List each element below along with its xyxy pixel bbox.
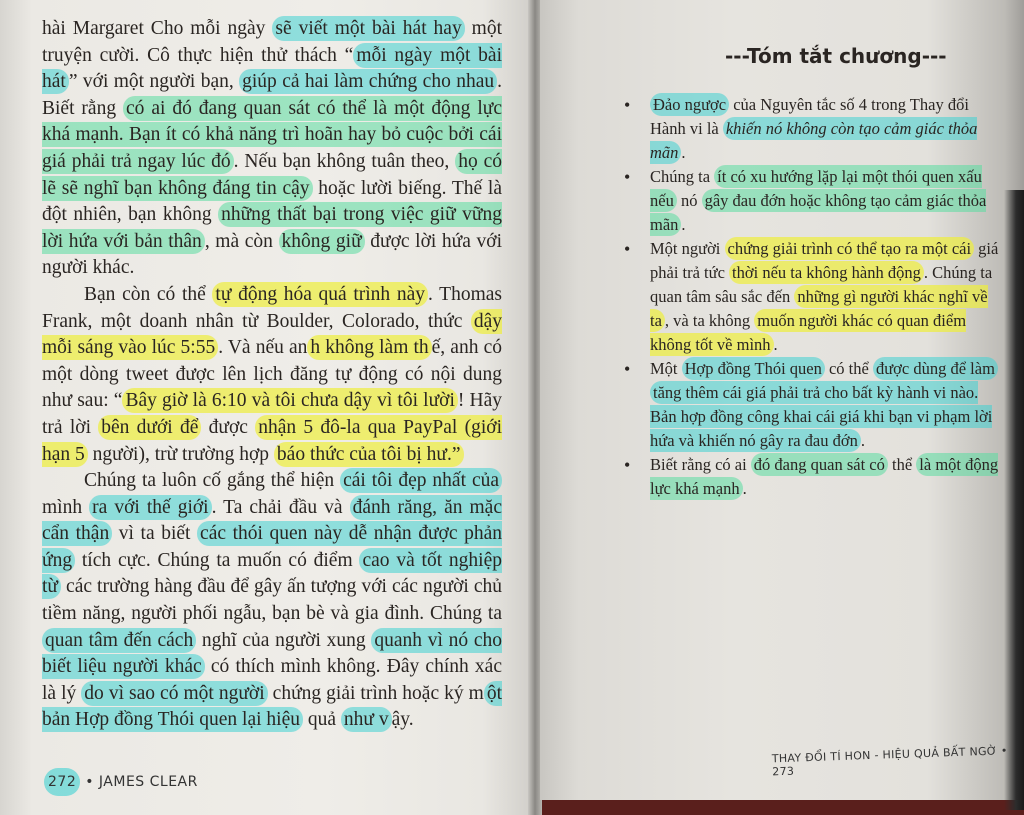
text-run: các trường hàng đầu để gây ấn tượng với …	[42, 576, 502, 624]
author-name: JAMES CLEAR	[99, 774, 198, 790]
text-run: hài Margaret Cho mỗi ngày	[42, 18, 272, 39]
chapter-summary: Đảo ngược của Nguyên tắc số 4 trong Thay…	[622, 93, 1000, 501]
highlight-cyan: do vì sao có một người	[81, 681, 267, 706]
text-run: ậy.	[392, 709, 414, 730]
highlight-cyan: ra với thế giới	[89, 495, 211, 520]
highlight-cyan: như v	[341, 707, 392, 732]
highlight-green: không giữ	[279, 229, 365, 254]
highlight-cyan: được dùng để làm	[873, 357, 998, 380]
text-run: . Và nếu an	[218, 337, 307, 358]
summary-bullet: Đảo ngược của Nguyên tắc số 4 trong Thay…	[622, 93, 1000, 165]
left-page-body: hài Margaret Cho mỗi ngày sẽ viết một bà…	[42, 16, 502, 734]
highlight-yellow: bên dưới để	[98, 415, 201, 440]
page-edge-shadow	[1004, 190, 1024, 810]
summary-bullet: Biết rằng có ai đó đang quan sát có thể …	[622, 453, 1000, 501]
text-run: .	[681, 215, 685, 234]
text-run: vì ta biết	[112, 523, 197, 544]
text-run: Một	[650, 359, 682, 378]
text-run: mình	[42, 497, 89, 518]
text-run: Biết rằng có ai	[650, 455, 751, 474]
text-run: , và ta không	[665, 311, 754, 330]
separator-dot: •	[85, 774, 94, 790]
text-run: được	[201, 417, 255, 438]
left-page-footer: 272 • JAMES CLEAR	[44, 774, 198, 790]
text-run: quả	[303, 709, 341, 730]
text-run: .	[774, 335, 778, 354]
highlight-cyan: sẽ viết một bài hát hay	[272, 16, 464, 41]
highlight-green: đó đang quan sát có	[751, 453, 888, 476]
highlight-yellow: báo thức của tôi bị hư.”	[274, 442, 464, 467]
highlight-cyan: giúp cả hai làm chứng cho nhau	[239, 69, 497, 94]
highlight-yellow: Bây giờ là 6:10 và tôi chưa dậy vì tôi l…	[122, 388, 457, 413]
summary-list: Đảo ngược của Nguyên tắc số 4 trong Thay…	[622, 93, 1000, 501]
paragraph: Chúng ta luôn cố gắng thể hiện cái tôi đ…	[42, 468, 502, 734]
highlight-cyan: tăng thêm cái giá phải trả cho bất kỳ hà…	[650, 381, 992, 452]
highlight-cyan: quan tâm đến cách	[42, 628, 196, 653]
paragraph: Bạn còn có thể tự động hóa quá trình này…	[42, 282, 502, 468]
text-run: . Ta chải đầu và	[212, 497, 350, 518]
highlight-yellow: h không làm th	[307, 335, 431, 360]
text-run: Chúng ta	[650, 167, 714, 186]
summary-bullet: Một Hợp đồng Thói quen có thể được dùng …	[622, 357, 1000, 453]
text-run: Chúng ta luôn cố gắng thể hiện	[84, 470, 340, 491]
summary-bullet: Chúng ta ít có xu hướng lặp lại một thói…	[622, 165, 1000, 237]
text-run: .	[681, 143, 685, 162]
chapter-summary-title: ---Tóm tắt chương---	[725, 44, 947, 68]
text-run: Bạn còn có thể	[84, 284, 212, 305]
paragraph: hài Margaret Cho mỗi ngày sẽ viết một bà…	[42, 16, 502, 282]
highlight-cyan: cái tôi đẹp nhất của	[340, 468, 502, 493]
page-number: 273	[772, 765, 794, 779]
highlight-yellow: chứng giải trình có thể tạo ra một cái	[725, 237, 975, 260]
text-run: nó	[677, 191, 702, 210]
text-run: có thể	[825, 359, 873, 378]
summary-bullet: Một người chứng giải trình có thể tạo ra…	[622, 237, 1000, 357]
text-run: thể	[888, 455, 916, 474]
highlight-yellow: tự động hóa quá trình này	[212, 282, 428, 307]
text-run: , mà còn	[205, 231, 279, 252]
text-run: người), trừ trường hợp	[88, 444, 274, 465]
highlight-yellow: thời nếu ta không hành động	[729, 261, 924, 284]
text-run: chứng giải trình hoặc ký m	[268, 683, 484, 704]
highlight-cyan: Hợp đồng Thói quen	[682, 357, 825, 380]
separator-dot: •	[1001, 744, 1008, 757]
text-run: Một người	[650, 239, 725, 258]
text-run: tích cực. Chúng ta muốn có điểm	[75, 550, 359, 571]
text-run: . Nếu bạn không tuân theo,	[234, 151, 456, 172]
text-run: nghĩ của người xung	[196, 630, 371, 651]
text-run: ” với một người bạn,	[69, 71, 239, 92]
text-run: .	[861, 431, 865, 450]
text-run: .	[743, 479, 747, 498]
page-number: 272	[44, 768, 80, 796]
highlight-cyan: Đảo ngược	[650, 93, 729, 116]
